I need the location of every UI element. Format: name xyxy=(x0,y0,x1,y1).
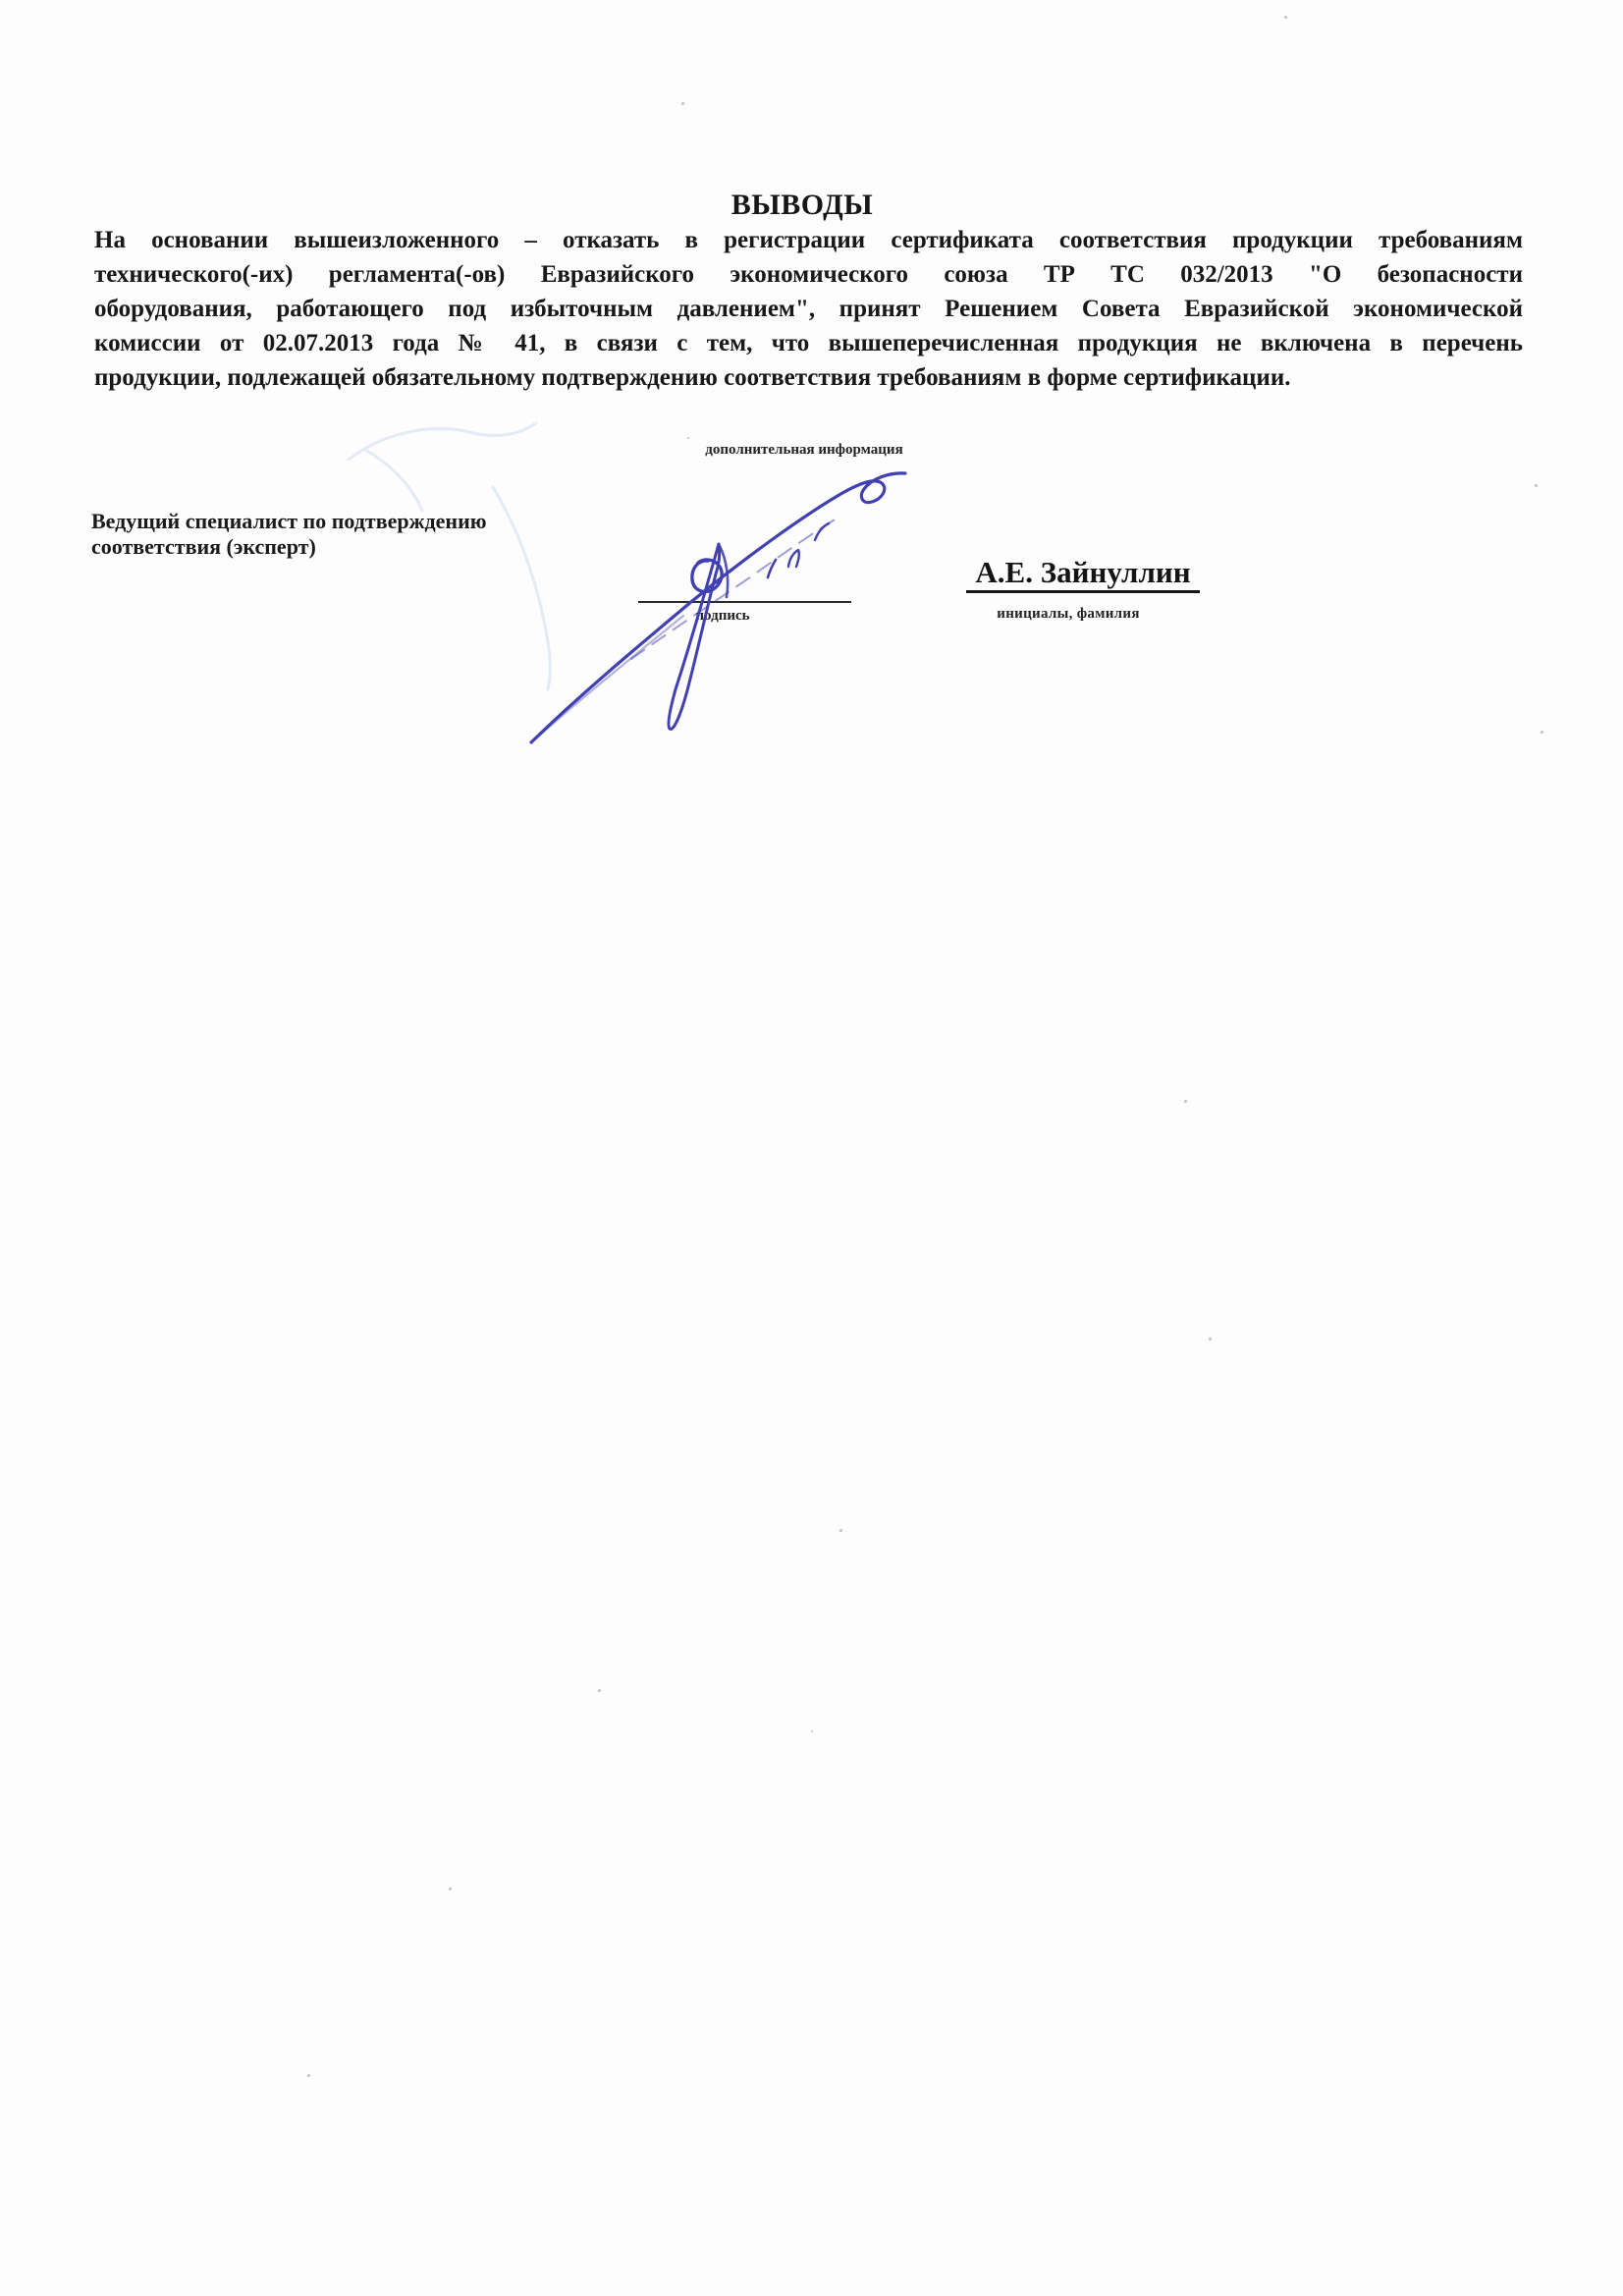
scan-speck xyxy=(598,1689,601,1692)
scan-speck xyxy=(1284,16,1287,19)
conclusions-paragraph: На основании вышеизложенного – отказать … xyxy=(94,223,1523,395)
paragraph-line: продукции, подлежащей обязательному подт… xyxy=(94,360,1523,395)
scan-speck xyxy=(307,2074,310,2077)
handwritten-signature xyxy=(491,432,962,766)
page-title: ВЫВОДЫ xyxy=(0,189,1604,222)
paragraph-line: технического(-их) регламента(-ов) Еврази… xyxy=(94,257,1523,292)
signer-name: А.Е. Зайнуллин xyxy=(966,556,1200,593)
paragraph-line: На основании вышеизложенного – отказать … xyxy=(94,223,1523,257)
scan-speck xyxy=(1209,1338,1212,1340)
scan-speck xyxy=(1184,1100,1187,1103)
scan-speck xyxy=(811,1730,813,1732)
paragraph-line: комиссии от 02.07.2013 года № 41, в связ… xyxy=(94,326,1523,360)
scan-speck xyxy=(681,102,684,105)
signer-name-caption: инициалы, фамилия xyxy=(966,606,1170,623)
scan-speck xyxy=(449,1887,452,1890)
scan-speck xyxy=(1541,731,1543,734)
paragraph-line: оборудования, работающего под избыточным… xyxy=(94,292,1523,326)
scan-speck xyxy=(839,1529,842,1532)
scanned-document-page: ВЫВОДЫ На основании вышеизложенного – от… xyxy=(0,0,1623,2296)
scan-speck xyxy=(1535,484,1538,487)
